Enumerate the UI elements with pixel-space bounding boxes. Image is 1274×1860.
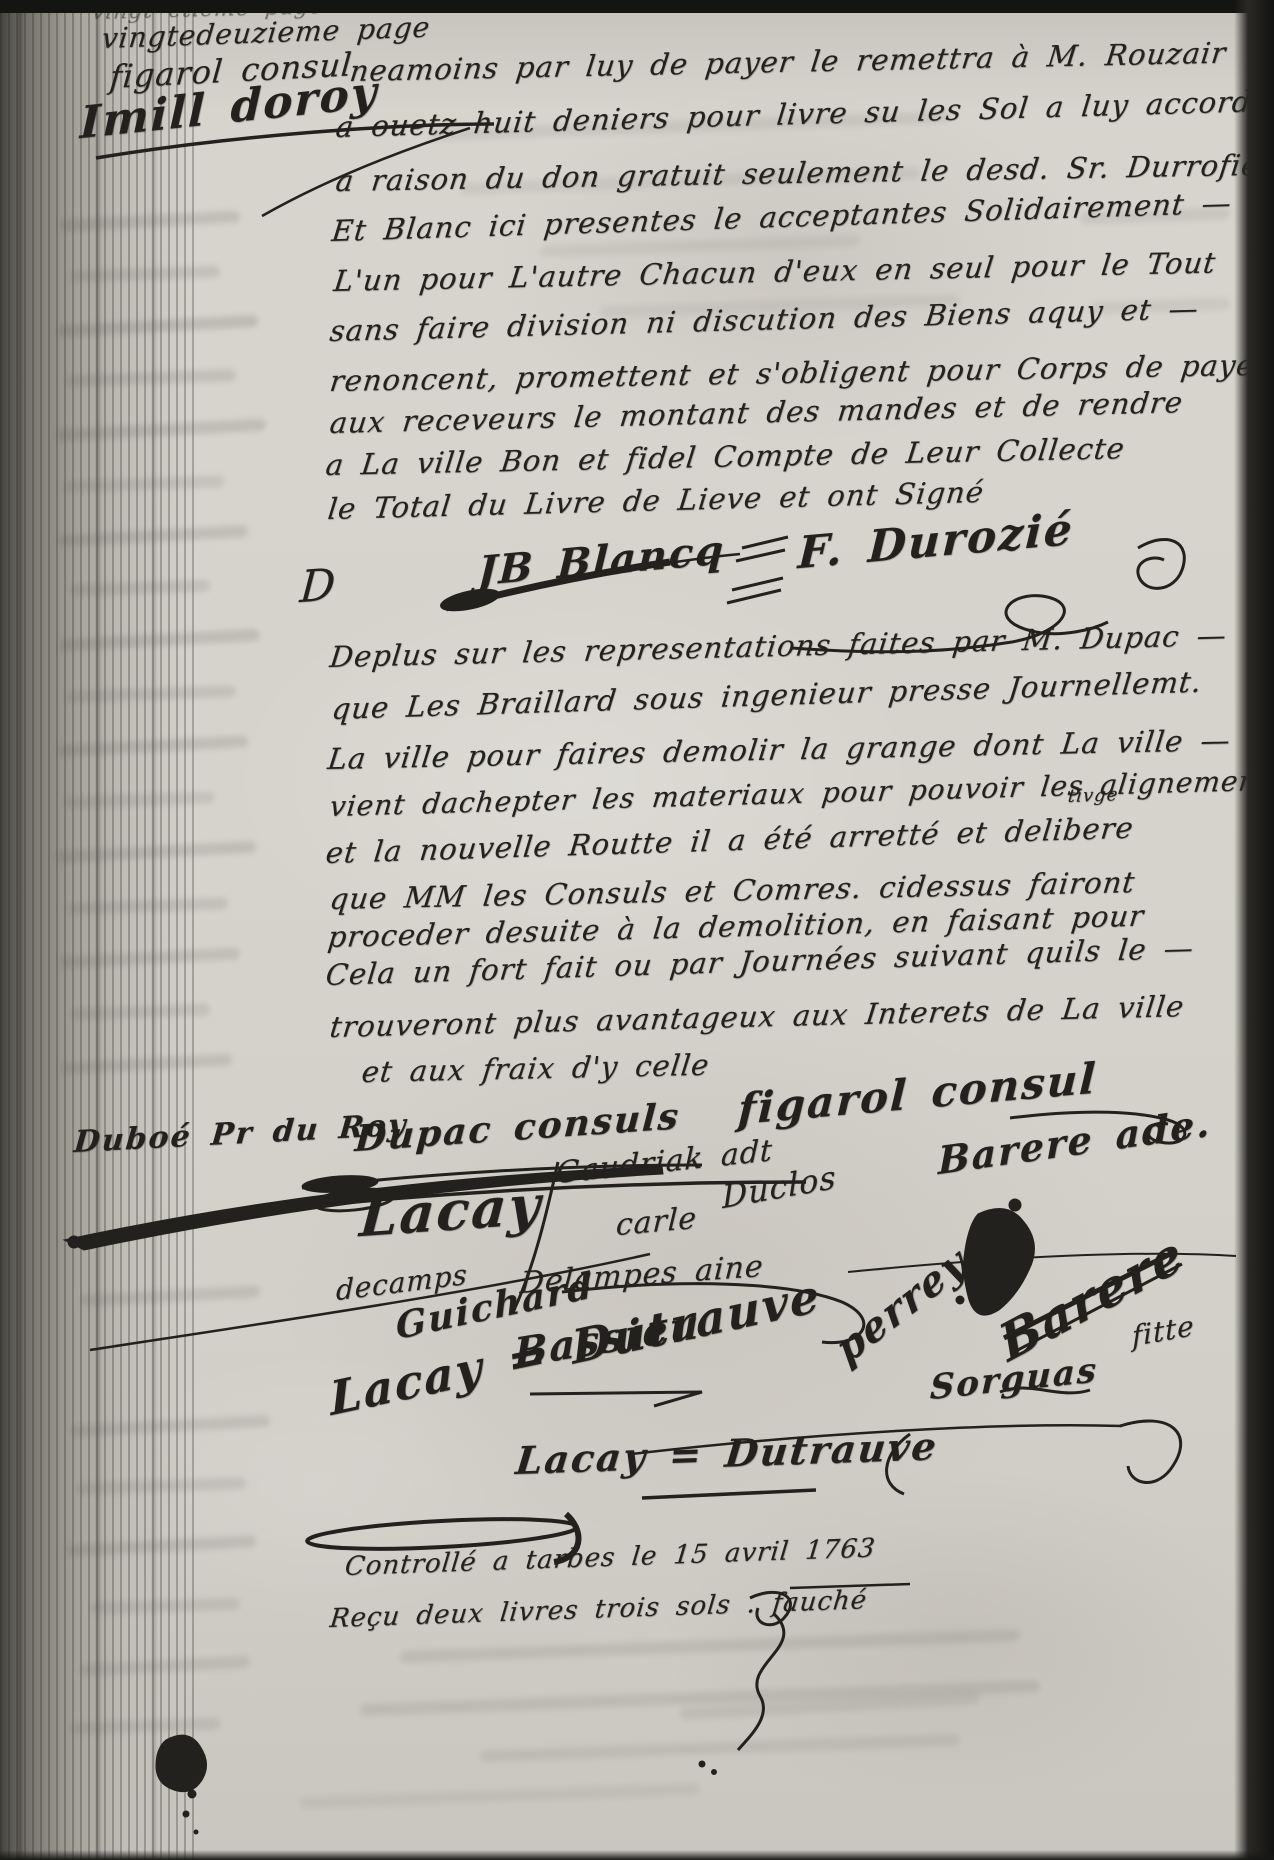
manuscript-line: sans faire division ni discution des Bie… <box>328 291 1201 348</box>
signature-blancq: JB Blancq <box>477 526 727 595</box>
bleedthrough-text-ghost <box>680 1692 980 1720</box>
signature-lacay: Lacay <box>358 1172 544 1249</box>
manuscript-line: L'un pour L'autre Chacun d'eux en seul p… <box>332 245 1218 298</box>
bleedthrough-text-ghost <box>300 1783 700 1809</box>
signature-carle: carle <box>615 1201 698 1243</box>
signature-perrey: perrey <box>828 1237 975 1374</box>
signature-fitte: fitte <box>1131 1309 1195 1353</box>
bleedthrough-text-ghost <box>400 1629 1020 1663</box>
fee-line: Reçu deux livres trois sols . fauché <box>328 1585 868 1634</box>
binding-crease <box>96 0 100 1860</box>
manuscript-line: trouveront plus avantageux aux Interets … <box>328 989 1186 1044</box>
scan-border-top <box>0 0 1274 13</box>
bleedthrough-text-ghost <box>360 1680 1040 1716</box>
signature-sorguas: Sorguas <box>929 1350 1098 1408</box>
signature-durozie: F. Durozié <box>797 504 1075 580</box>
manuscript-line: a ouetz huit deniers pour livre su les S… <box>334 83 1274 144</box>
signature-lacay-dutrauve: Lacay = Dutrauve <box>514 1423 941 1483</box>
initial-mark: D <box>298 559 338 613</box>
manuscript-page: vingt etieme pagevingtedeuzieme pagefiga… <box>0 0 1274 1860</box>
scan-border-bottom <box>0 1850 1274 1860</box>
manuscript-line: et aux fraix d'y celle <box>360 1048 712 1089</box>
binding-crease <box>18 0 22 1860</box>
manuscript-line: que Les Braillard sous ingenieur presse … <box>330 665 1204 726</box>
scan-border-right <box>1234 0 1274 1860</box>
flourish-bassieu <box>530 1392 702 1406</box>
manuscript-line: Deplus sur les representations faites pa… <box>328 618 1229 674</box>
manuscript-line: le Total du Livre de Lieve et ont Signé <box>326 475 986 526</box>
manuscript-line: neamoins par luy de payer le remettra à … <box>348 36 1228 88</box>
bleedthrough-text-ghost <box>480 1734 960 1763</box>
manuscript-line: a La ville Bon et fidel Compte de Leur C… <box>324 431 1127 482</box>
interline-note: tivge <box>1067 784 1120 807</box>
binding-crease <box>152 0 156 1860</box>
control-line: Controllé a tarbes le 15 avril 1763 <box>343 1533 877 1582</box>
